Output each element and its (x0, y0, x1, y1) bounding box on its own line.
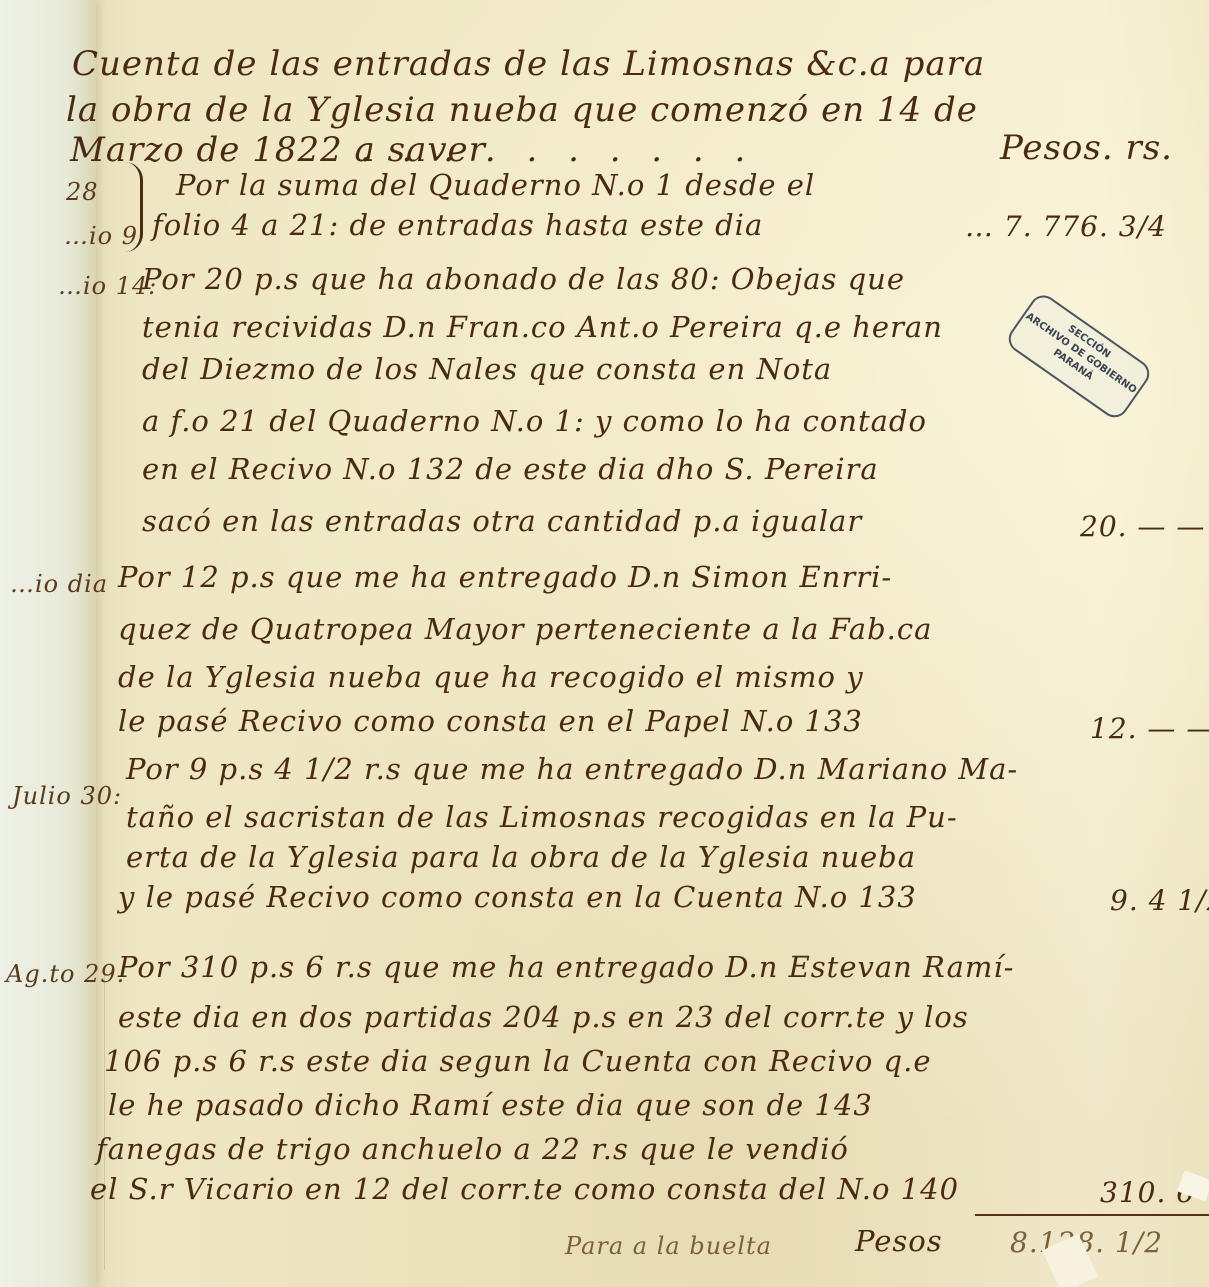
entry-4-date: Julio 30: (12, 782, 122, 810)
margin-line (104, 970, 105, 1270)
entry-2-line-3: del Diezmo de los Nales que consta en No… (142, 352, 832, 386)
entry-5-line-2: este dia en dos partidas 204 p.s en 23 d… (118, 1000, 969, 1034)
entry-3-line-3: de la Yglesia nueba que ha recogido el m… (118, 660, 864, 694)
entry-3-line-1: Por 12 p.s que me ha entregado D.n Simon… (118, 560, 892, 594)
entry-4-line-3: erta de la Yglesia para la obra de la Yg… (126, 840, 916, 874)
currency-header: Pesos. rs. (1000, 128, 1173, 168)
entry-1-amount: … 7. 776. 3/4 (965, 210, 1167, 243)
entry-5-line-6: el S.r Vicario en 12 del corr.te como co… (90, 1172, 959, 1206)
entry-1-line-2: folio 4 a 21: de entradas hasta este dia (152, 208, 763, 242)
entry-5-line-1: Por 310 p.s 6 r.s que me ha entregado D.… (118, 950, 1014, 984)
entry-2-amount: 20. — — (1080, 510, 1205, 543)
entry-5-line-5: fanegas de trigo anchuelo a 22 r.s que l… (96, 1132, 849, 1166)
entry-3-line-2: quez de Quatropea Mayor perteneciente a … (118, 612, 932, 646)
entry-4-amount: 9. 4 1/2 (1110, 884, 1209, 917)
entry-3-date: …io dia (10, 570, 108, 598)
entry-2-line-6: sacó en las entradas otra cantidad p.a i… (142, 504, 862, 538)
entry-5-line-4: le he pasado dicho Ramí este dia que son… (108, 1088, 873, 1122)
entry-3-amount: 12. — — (1090, 712, 1209, 745)
entry-3-line-4: le pasé Recivo como consta en el Papel N… (118, 704, 863, 738)
entry-5-line-3: 106 p.s 6 r.s este dia segun la Cuenta c… (104, 1044, 932, 1078)
entry-2-line-2: tenia recividas D.n Fran.co Ant.o Pereir… (142, 310, 943, 344)
footer-currency: Pesos (855, 1224, 943, 1258)
entry-2-line-1: Por 20 p.s que ha abonado de las 80: Obe… (142, 262, 905, 296)
entry-2-line-5: en el Recivo N.o 132 de este dia dho S. … (142, 452, 879, 486)
entry-1-line-1: Por la suma del Quaderno N.o 1 desde el (176, 168, 815, 202)
entry-2-line-4: a f.o 21 del Quaderno N.o 1: y como lo h… (142, 404, 927, 438)
title-line-1: Cuenta de las entradas de las Limosnas &… (72, 44, 985, 84)
entry-5-date: Ag.to 29. (6, 960, 125, 988)
entry-4-line-1: Por 9 p.s 4 1/2 r.s que me ha entregado … (126, 752, 1018, 786)
total-rule (975, 1214, 1209, 1216)
entry-4-line-4: y le pasé Recivo como consta en la Cuent… (118, 880, 917, 914)
entry-1-brace (118, 162, 143, 252)
leader-dots: . . . . . . . . . . (360, 130, 755, 170)
entry-4-line-2: taño el sacristan de las Limosnas recogi… (126, 800, 958, 834)
entry-1-date-top: 28 (66, 178, 99, 206)
title-line-2: la obra de la Yglesia nueba que comenzó … (66, 90, 978, 130)
carry-forward-label: Para a la buelta (565, 1232, 772, 1260)
